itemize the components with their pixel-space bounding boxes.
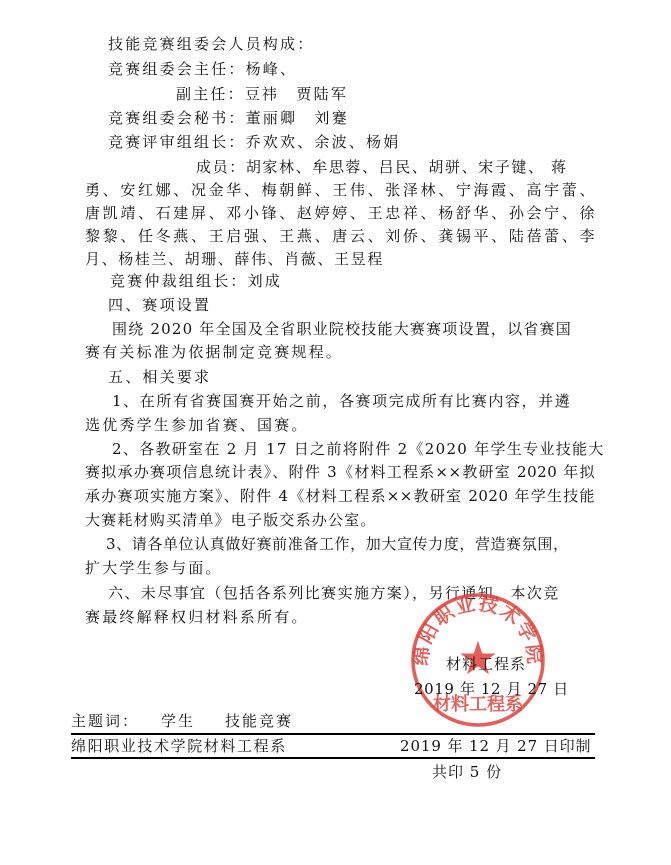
req3-line-1: 扩大学生参与面。 xyxy=(85,558,223,578)
keyword-1: 技能竞赛 xyxy=(225,712,293,730)
deputy-names: 豆祎 贾陆军 xyxy=(245,85,348,103)
director-names: 杨峰、 xyxy=(246,60,298,78)
members-text: 胡家林、牟思蓉、吕民、胡骈、宋子键、 蒋 xyxy=(246,158,568,176)
section5-title: 五、相关要求 xyxy=(108,367,211,387)
secretary-label: 竞赛组委会秘书： xyxy=(108,109,246,127)
members-line-1: 勇、安红娜、况金华、梅朝鲜、王伟、张泽林、宁海霞、高宇蕾、 xyxy=(85,180,595,200)
section4-line-1: 赛有关标准为依据制定竞赛规程。 xyxy=(85,342,343,362)
arbitration-names: 刘成 xyxy=(248,272,282,290)
members-line-0: 成员：胡家林、牟思蓉、吕民、胡骈、宋子键、 蒋 xyxy=(196,157,568,177)
members-label: 成员： xyxy=(196,158,246,176)
req3-line-0: 3、请各单位认真做好赛前准备工作，加大宣传力度，营造赛氛围， xyxy=(106,534,569,554)
issuer: 绵阳职业技术学院材料工程系 xyxy=(71,736,287,756)
req1-line-1: 选优秀学生参加省赛、国赛。 xyxy=(85,415,309,435)
footer-bottom-rule xyxy=(71,757,595,759)
judge-leader-names: 乔欢欢、余波、杨娟 xyxy=(246,133,401,151)
section6-line-1: 赛最终解释权归材料系所有。 xyxy=(85,607,309,627)
footer-top-rule xyxy=(71,733,595,735)
req2-line-0: 2、各教研室在 2 月 17 日之前将附件 2《2020 年学生专业技能大 xyxy=(112,439,605,459)
members-line-4: 月、杨桂兰、胡珊、薛伟、肖薇、王昱程 xyxy=(85,249,384,269)
director-line: 竞赛组委会主任：杨峰、 xyxy=(108,59,297,79)
signature-dept: 材料工程系 xyxy=(446,654,526,674)
req2-line-1: 赛拟承办赛项信息统计表》、附件 3《材料工程系××教研室 2020 年拟 xyxy=(85,462,595,482)
arbitration-line: 竞赛仲裁组组长：刘成 xyxy=(110,271,282,291)
committee-heading: 技能竞赛组委会人员构成： xyxy=(108,34,314,54)
document-page: 技能竞赛组委会人员构成： 竞赛组委会主任：杨峰、 副主任：豆祎 贾陆军 竞赛组委… xyxy=(0,0,671,865)
print-date: 2019 年 12 月 27 日印制 xyxy=(400,736,591,756)
secretary-names: 董丽卿 刘蹇 xyxy=(246,109,349,127)
deputy-line: 副主任：豆祎 贾陆军 xyxy=(176,84,348,104)
copies-count: 共印 5 份 xyxy=(432,762,502,782)
signature-date: 2019 年 12 月 27 日 xyxy=(414,679,569,699)
judge-leader-line: 竞赛评审组组长：乔欢欢、余波、杨娟 xyxy=(108,132,400,152)
req2-line-3: 大赛耗材购买清单》电子版交系办公室。 xyxy=(85,510,377,530)
keywords-line: 主题词：学生技能竞赛 xyxy=(71,711,293,731)
req2-line-2: 承办赛项实施方案》、附件 4《材料工程系××教研室 2020 年学生技能 xyxy=(85,486,595,506)
arbitration-label: 竞赛仲裁组组长： xyxy=(110,272,248,290)
members-line-2: 唐凯靖、石建屏、邓小锋、赵婷婷、王忠祥、杨舒华、孙会宁、徐 xyxy=(85,203,595,223)
req1-line-0: 1、在所有省赛国赛开始之前，各赛项完成所有比赛内容，并遴 xyxy=(112,391,571,411)
deputy-label: 副主任： xyxy=(176,85,245,103)
keywords-label: 主题词： xyxy=(71,712,139,730)
judge-leader-label: 竞赛评审组组长： xyxy=(108,133,246,151)
keyword-0: 学生 xyxy=(161,712,195,730)
secretary-line: 竞赛组委会秘书：董丽卿 刘蹇 xyxy=(108,108,349,128)
director-label: 竞赛组委会主任： xyxy=(108,60,246,78)
section4-title: 四、赛项设置 xyxy=(108,295,211,315)
section6-line-0: 六、未尽事宜（包括各系列比赛实施方案），另行通知，本次竞 xyxy=(108,583,560,603)
section4-line-0: 围绕 2020 年全国及全省职业院校技能大赛赛项设置，以省赛国 xyxy=(112,319,572,339)
members-line-3: 黎黎、任冬燕、王启强、王燕、唐云、刘侨、龚锡平、陆蓓蕾、李 xyxy=(85,226,595,246)
